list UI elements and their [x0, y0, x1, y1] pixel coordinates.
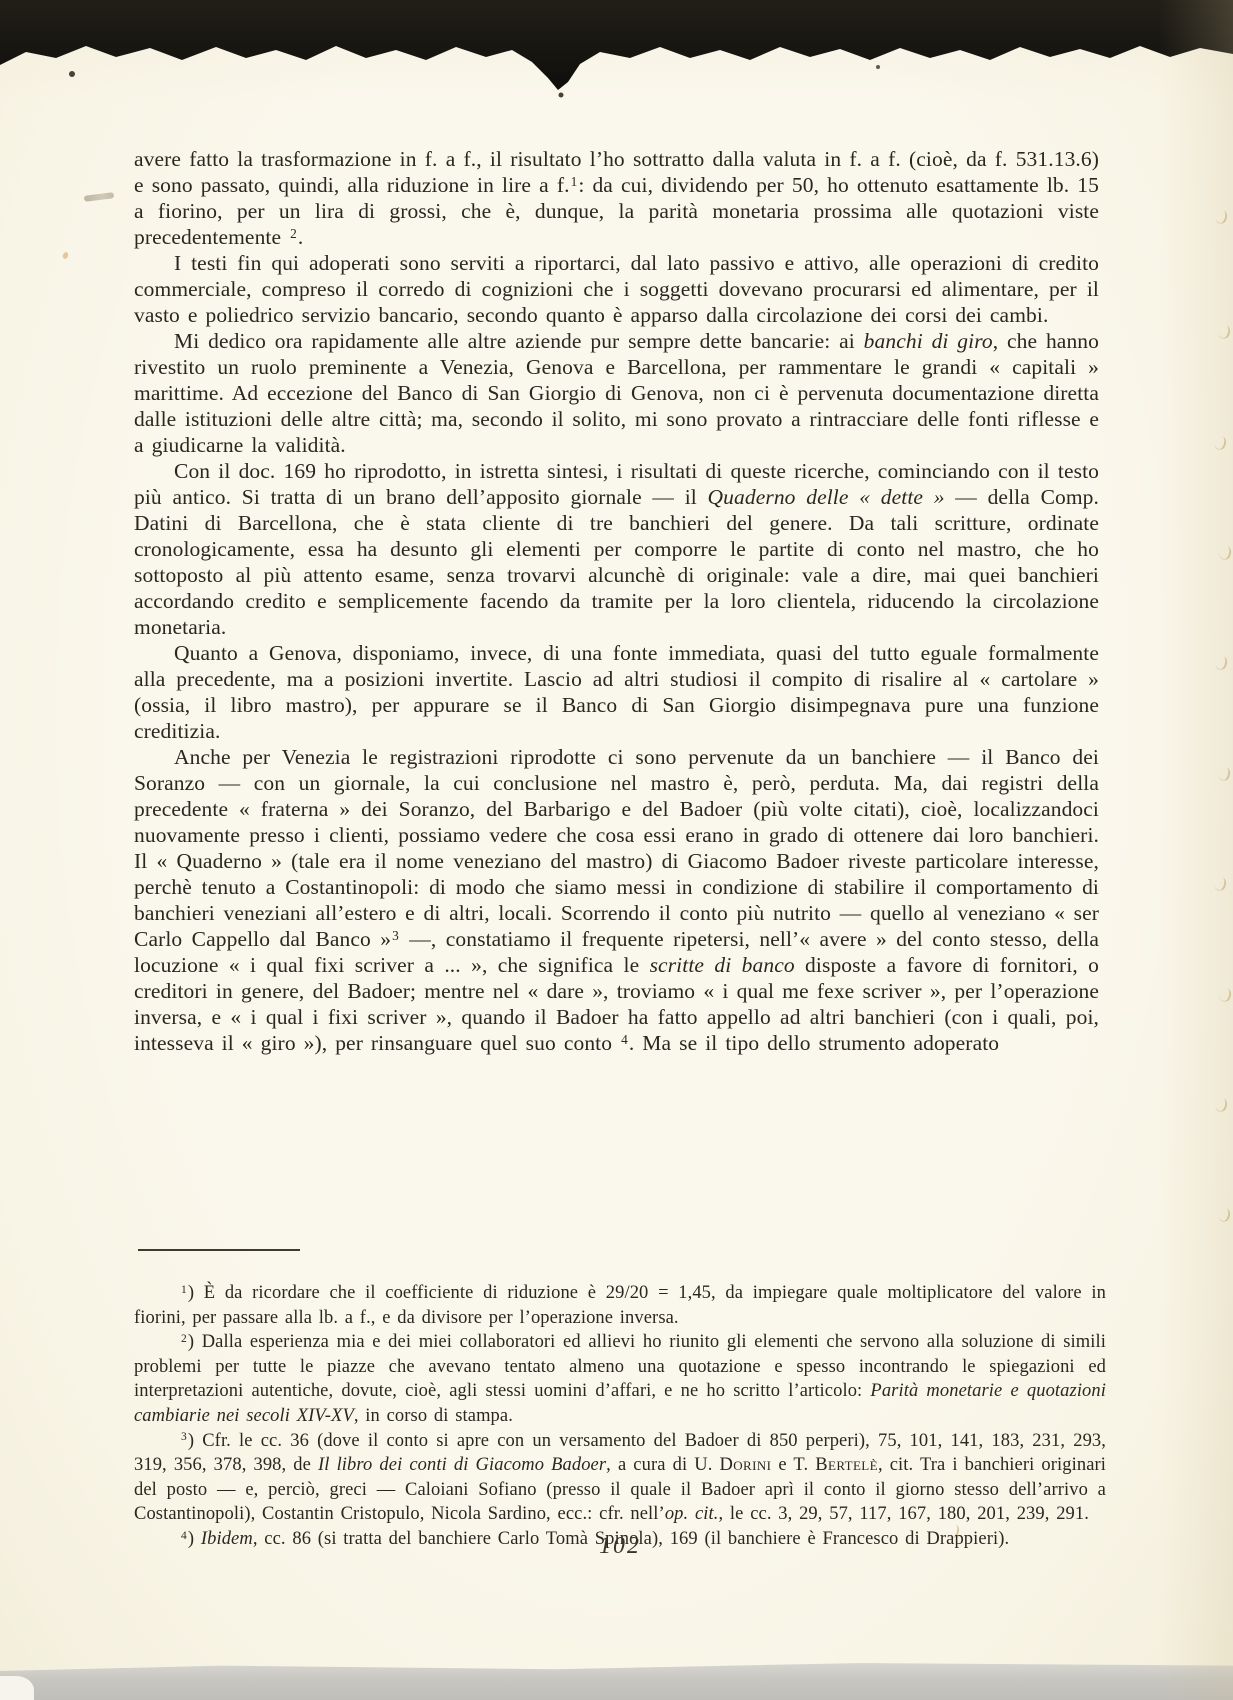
page-edge-mark	[1217, 766, 1231, 782]
paragraph: I testi fin qui adoperati sono serviti a…	[134, 250, 1099, 328]
footnotes: 1) È da ricordare che il coefficiente di…	[134, 1281, 1106, 1552]
paragraph: Mi dedico ora rapidamente alle altre azi…	[134, 328, 1099, 458]
margin-speck	[62, 251, 69, 259]
margin-pencil-mark	[84, 192, 115, 202]
page-edge-mark	[1214, 1097, 1228, 1113]
page-edge-mark	[1214, 655, 1228, 671]
page-edge-mark	[1218, 987, 1232, 1003]
page-number: 102	[134, 1533, 1106, 1560]
paragraph: Quanto a Genova, disponiamo, invece, di …	[134, 640, 1099, 744]
page-edge-mark	[1213, 876, 1227, 892]
page-edge-mark	[1213, 435, 1227, 451]
scanner-corner-highlight	[0, 1676, 34, 1700]
scan-top-tear-artifact	[0, 0, 1233, 100]
scanned-page: avere fatto la trasformazione in f. a f.…	[0, 0, 1233, 1700]
body-text: avere fatto la trasformazione in f. a f.…	[134, 146, 1099, 1056]
paragraph: Con il doc. 169 ho riprodotto, in istret…	[134, 458, 1099, 640]
paragraph: Anche per Venezia le registrazioni ripro…	[134, 744, 1099, 1056]
paragraph: avere fatto la trasformazione in f. a f.…	[134, 146, 1099, 250]
page-edge-mark	[1214, 209, 1228, 225]
page-edge-mark	[1217, 1207, 1231, 1223]
page-edge-mark	[1217, 324, 1231, 340]
footnote: 3) Cfr. le cc. 36 (dove il conto si apre…	[134, 1429, 1106, 1527]
footnote: 2) Dalla esperienza mia e dei miei colla…	[134, 1330, 1106, 1428]
page-edge-mark	[1218, 545, 1232, 561]
footnote: 1) È da ricordare che il coefficiente di…	[134, 1281, 1106, 1330]
scanner-edge-strip	[0, 1656, 1233, 1700]
footnote-separator	[138, 1249, 300, 1251]
